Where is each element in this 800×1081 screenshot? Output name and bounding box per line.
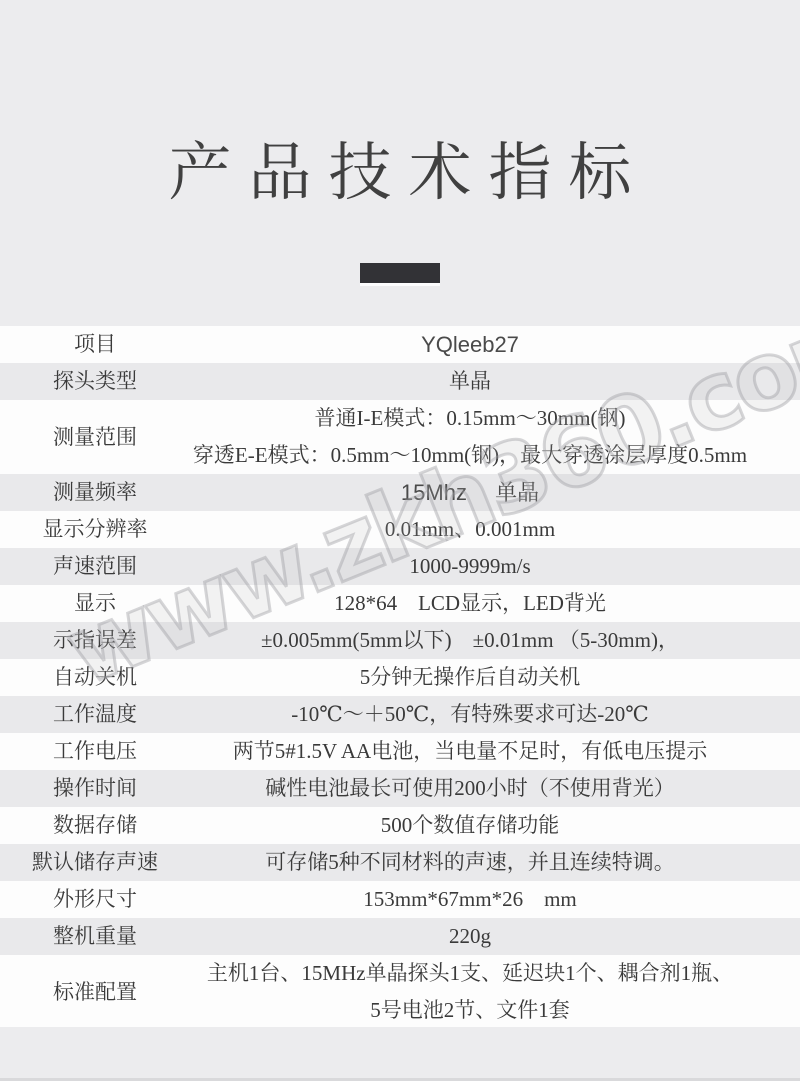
- spec-label: 自动关机: [0, 663, 190, 692]
- spec-label: 声速范围: [0, 552, 190, 581]
- title-accent-bar: [360, 263, 440, 283]
- spec-row: 外形尺寸 153mm*67mm*26 mm: [0, 881, 800, 918]
- spec-value: YQleeb27: [190, 326, 800, 363]
- hero-section: 产品技术指标: [0, 0, 800, 326]
- spec-row: 显示分辨率 0.01mm、0.001mm: [0, 511, 800, 548]
- spec-label: 标准配置: [0, 978, 190, 1007]
- spec-row: 数据存储 500个数值存储功能: [0, 807, 800, 844]
- spec-value: ±0.005mm(5mm以下) ±0.01mm （5-30mm)，: [190, 622, 800, 659]
- spec-row: 标准配置 主机1台、15MHz单晶探头1支、延迟块1个、耦合剂1瓶、 5号电池2…: [0, 955, 800, 1029]
- spec-value: -10℃～＋50℃，有特殊要求可达-20℃: [190, 696, 800, 733]
- spec-label: 探头类型: [0, 367, 190, 396]
- spec-label: 工作电压: [0, 737, 190, 766]
- spec-value: 可存储5种不同材料的声速，并且连续特调。: [190, 844, 800, 881]
- spec-value: 普通I-E模式：0.15mm～30mm(钢) 穿透E-E模式：0.5mm～10m…: [190, 400, 800, 474]
- spec-value: 主机1台、15MHz单晶探头1支、延迟块1个、耦合剂1瓶、 5号电池2节、文件1…: [190, 955, 800, 1029]
- spec-row: 自动关机 5分钟无操作后自动关机: [0, 659, 800, 696]
- page-title: 产品技术指标: [0, 0, 800, 213]
- spec-value: 220g: [190, 918, 800, 955]
- spec-row: 测量范围 普通I-E模式：0.15mm～30mm(钢) 穿透E-E模式：0.5m…: [0, 400, 800, 474]
- spec-value: 单晶: [190, 363, 800, 400]
- spec-value: 两节5#1.5V AA电池，当电量不足时，有低电压提示: [190, 733, 800, 770]
- spec-label: 显示: [0, 589, 190, 618]
- spec-label: 数据存储: [0, 811, 190, 840]
- spec-label: 操作时间: [0, 774, 190, 803]
- spec-value: 15Mhz 单晶: [190, 474, 800, 511]
- spec-label: 测量范围: [0, 423, 190, 452]
- spec-label: 显示分辨率: [0, 515, 190, 544]
- spec-row: 操作时间 碱性电池最长可使用200小时（不使用背光）: [0, 770, 800, 807]
- spec-row: 整机重量 220g: [0, 918, 800, 955]
- spec-value: 500个数值存储功能: [190, 807, 800, 844]
- spec-value: 153mm*67mm*26 mm: [190, 881, 800, 918]
- spec-row: 工作电压 两节5#1.5V AA电池，当电量不足时，有低电压提示: [0, 733, 800, 770]
- spec-value: 1000-9999m/s: [190, 548, 800, 585]
- spec-row: 工作温度 -10℃～＋50℃，有特殊要求可达-20℃: [0, 696, 800, 733]
- spec-row: 显示 128*64 LCD显示，LED背光: [0, 585, 800, 622]
- spec-label: 整机重量: [0, 922, 190, 951]
- spec-label: 测量频率: [0, 478, 190, 507]
- spec-label: 工作温度: [0, 700, 190, 729]
- spec-row: 测量频率 15Mhz 单晶: [0, 474, 800, 511]
- spec-row: 声速范围 1000-9999m/s: [0, 548, 800, 585]
- spec-row: 默认储存声速 可存储5种不同材料的声速，并且连续特调。: [0, 844, 800, 881]
- spec-row: 项目 YQleeb27: [0, 326, 800, 363]
- footer-band: [0, 1027, 800, 1081]
- spec-value: 5分钟无操作后自动关机: [190, 659, 800, 696]
- spec-table: 项目 YQleeb27 探头类型 单晶 测量范围 普通I-E模式：0.15mm～…: [0, 326, 800, 1029]
- spec-row: 示指误差 ±0.005mm(5mm以下) ±0.01mm （5-30mm)，: [0, 622, 800, 659]
- spec-value: 128*64 LCD显示，LED背光: [190, 585, 800, 622]
- spec-value: 0.01mm、0.001mm: [190, 511, 800, 548]
- spec-row: 探头类型 单晶: [0, 363, 800, 400]
- spec-label: 默认储存声速: [0, 848, 190, 877]
- spec-label: 项目: [0, 330, 190, 359]
- spec-label: 外形尺寸: [0, 885, 190, 914]
- spec-value: 碱性电池最长可使用200小时（不使用背光）: [190, 770, 800, 807]
- spec-label: 示指误差: [0, 626, 190, 655]
